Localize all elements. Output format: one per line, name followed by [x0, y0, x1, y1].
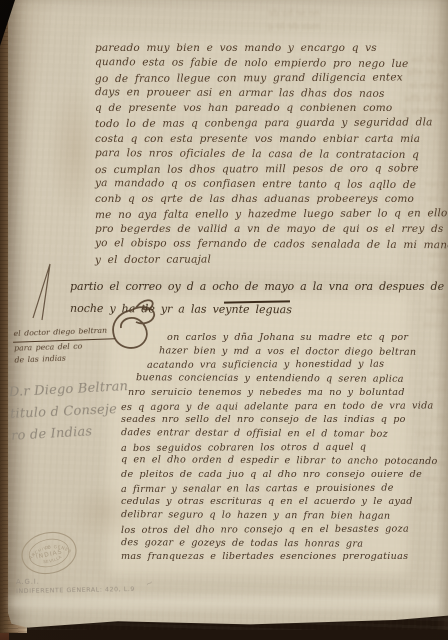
manuscript-line: days en proueer asi en armar las dhas do… [95, 85, 395, 102]
manuscript-line: no se ha de [186, 8, 320, 21]
manuscript-line: mas de lo q [186, 21, 320, 34]
bleedthrough-top: no se ha demas de lo q [186, 8, 320, 34]
manuscript-line: delibrar seguro q lo hazen y an fran bie… [121, 508, 405, 523]
manuscript-line: pareado muy bien e vos mando y encargo q… [95, 41, 395, 56]
manuscript-photo: no se ha demas de lo q y de losq en ella… [0, 0, 448, 640]
manuscript-line: costa q con esta presente vos mando enbi… [95, 132, 395, 147]
manuscript-line: dades entrar destar d offisial en el d t… [121, 426, 405, 441]
manuscript-line: a firmar y senalar en las cartas e proui… [121, 481, 405, 496]
manuscript-line: de pleitos de cada juo q al dho nro cons… [121, 468, 405, 482]
margin-caret-mark [29, 261, 57, 323]
manuscript-line: conb q os qrte de las dhas aduanas probe… [95, 192, 395, 207]
manuscript-line: me no aya falta enello y hazedme luego s… [95, 207, 395, 224]
manuscript-line: para los nros oficiales de la casa de la… [95, 146, 395, 163]
manuscript-line: y el doctor caruajal [95, 252, 395, 269]
manuscript-line: quando esta os fabie de nolo empierdo pr… [95, 55, 395, 72]
manuscript-line: es q agora y de aqui adelante para en to… [121, 399, 405, 414]
archive-shelfmark: A.G.I. INDIFERENTE GENERAL: 420, L.9 [16, 576, 135, 595]
manuscript-line: q en el dho orden d espedir e librar to … [121, 453, 405, 468]
shelfmark-agi: A.G.I. [16, 576, 135, 586]
manuscript-line: partio el correo oy d a ocho de mayo a l… [70, 275, 438, 298]
right-edge-shadow [436, 0, 448, 630]
letter-upper-body: pareado muy bien e vos mando y encargo q… [95, 41, 395, 267]
photo-corner-triangle [0, 0, 15, 46]
margin-note-pencil: D.r Diego Beltrantitulo d Consejero de I… [8, 376, 135, 447]
manuscript-line: mas franquezas e libertades esenciones p… [121, 550, 405, 564]
manuscript-line: des gozar e gozeys de todas las honras g… [121, 536, 405, 551]
manuscript-line: seades nro sello del nro consejo de las … [121, 413, 405, 427]
manuscript-line: todo lo de mas q conbenga para guarda y … [95, 116, 395, 133]
letter-lower-body: on carlos y dña Johana su madre etc q po… [121, 331, 405, 564]
manuscript-line: los otros del dho nro consejo q en el be… [121, 522, 405, 537]
manuscript-line: cedulas y otras escrituras q en el acuer… [121, 495, 405, 509]
manuscript-line: ya mandado q os confiasen entre tanto q … [95, 176, 395, 193]
manuscript-line: on carlos y dña Johana su madre etc q po… [121, 331, 405, 345]
manuscript-line: yo el obispo oss fernando de cados senal… [95, 236, 395, 253]
manuscript-line: buenas conciencias y entendiendo q seren… [121, 371, 405, 386]
manuscript-line: pro begerdes de vallid a vn de mayo de q… [95, 222, 395, 237]
manuscript-line: q de presente vos han pareado q conbiene… [95, 101, 395, 116]
manuscript-line: nro seruicio tenemos y nebedes ma no y b… [121, 386, 405, 400]
